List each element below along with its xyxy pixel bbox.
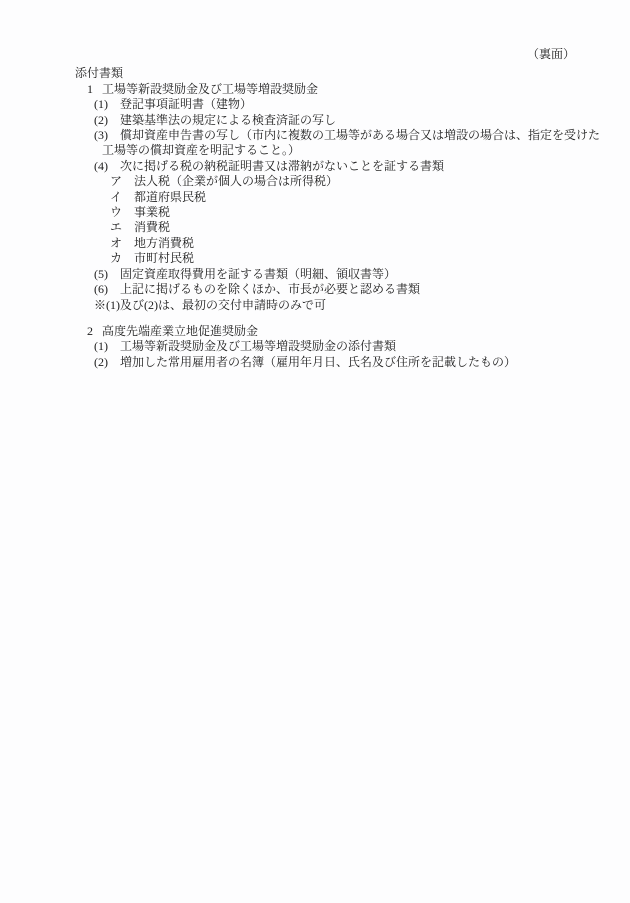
attachment-item: (3) 償却資産申告書の写し（市内に複数の工場等がある場合又は増設の場合は、指定…: [94, 128, 630, 143]
attachment-item: (2) 増加した常用雇用者の名簿（雇用年月日、氏名及び住所を記載したもの）: [94, 355, 630, 370]
section-heading: 1工場等新設奨励金及び工場等増設奨励金: [87, 82, 630, 97]
attachment-item: (1) 登記事項証明書（建物）: [94, 97, 630, 112]
tax-sub-item: エ 消費税: [110, 220, 630, 235]
tax-sub-item: オ 地方消費税: [110, 236, 630, 251]
section-2: 2高度先端産業立地促進奨励金 (1) 工場等新設奨励金及び工場等増設奨励金の添付…: [75, 324, 630, 370]
section-title: 工場等新設奨励金及び工場等増設奨励金: [102, 82, 318, 96]
note-line: ※(1)及び(2)は、最初の交付申請時のみで可: [94, 298, 630, 313]
tax-sub-item: ウ 事業税: [110, 205, 630, 220]
section-1: 1工場等新設奨励金及び工場等増設奨励金 (1) 登記事項証明書（建物） (2) …: [75, 82, 630, 313]
document-title: 添付書類: [75, 66, 630, 81]
section-number: 2: [87, 324, 93, 339]
section-title: 高度先端産業立地促進奨励金: [102, 324, 258, 338]
tax-sub-item: カ 市町村民税: [110, 251, 630, 266]
attachment-item: (6) 上記に掲げるものを除くほか、市長が必要と認める書類: [94, 282, 630, 297]
tax-sub-item: ア 法人税（企業が個人の場合は所得税）: [110, 174, 630, 189]
attachment-item: (2) 建築基準法の規定による検査済証の写し: [94, 113, 630, 128]
section-number: 1: [87, 82, 93, 97]
section-heading: 2高度先端産業立地促進奨励金: [87, 324, 630, 339]
attachment-item: (1) 工場等新設奨励金及び工場等増設奨励金の添付書類: [94, 339, 630, 354]
page-side-label: （裏面）: [0, 47, 630, 62]
attachment-item: (5) 固定資産取得費用を証する書類（明細、領収書等）: [94, 267, 630, 282]
tax-sub-item: イ 都道府県民税: [110, 190, 630, 205]
attachment-item: (4) 次に掲げる税の納税証明書又は滞納がないことを証する書類: [94, 159, 630, 174]
attachment-item-continuation: 工場等の償却資産を明記すること。）: [102, 143, 630, 158]
document-page: （裏面） 添付書類 1工場等新設奨励金及び工場等増設奨励金 (1) 登記事項証明…: [0, 0, 630, 903]
document-body: 添付書類 1工場等新設奨励金及び工場等増設奨励金 (1) 登記事項証明書（建物）…: [75, 66, 630, 370]
